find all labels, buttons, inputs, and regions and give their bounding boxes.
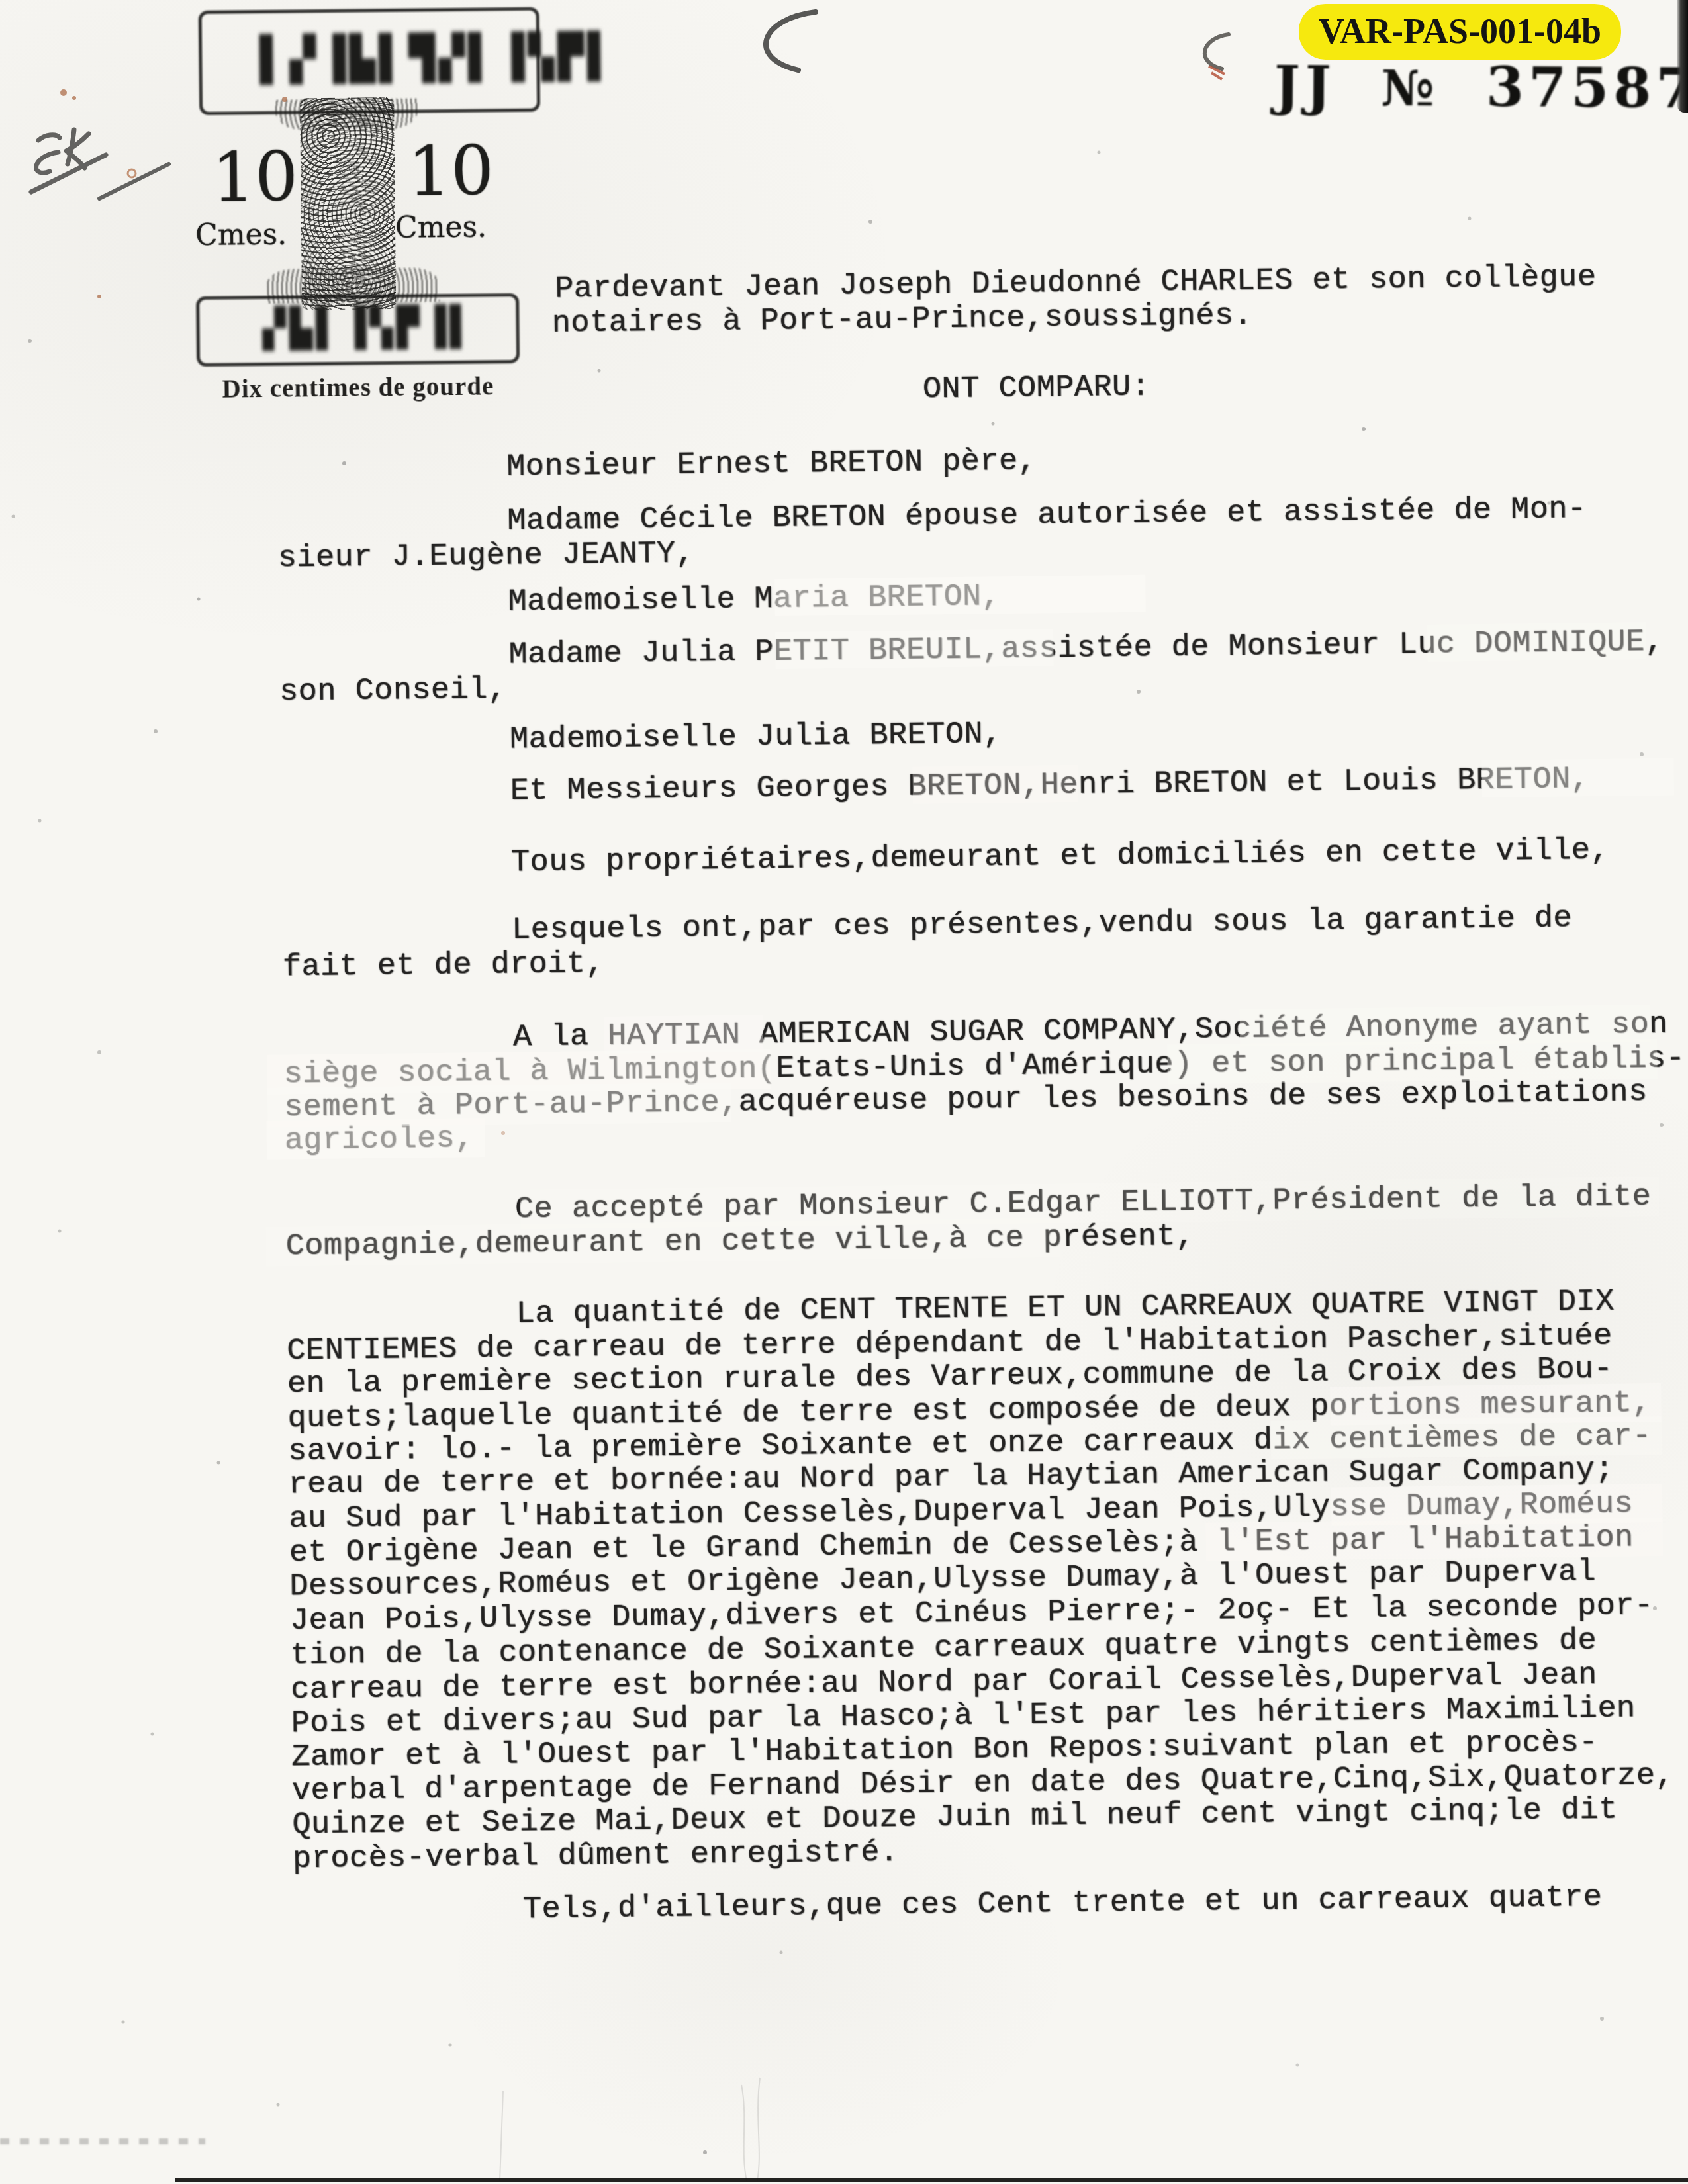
scan-streaks (500, 2078, 760, 2181)
scan-speckles (12, 151, 1664, 2155)
curve-mark (766, 12, 816, 70)
page-edge-line-bottom (175, 2178, 1688, 2182)
bottom-left-smudge (0, 2138, 205, 2144)
page-edge-shadow-right (1677, 0, 1688, 113)
scanned-notarial-document-page: VAR-PAS-001-04b JJ № 37587 ▌▞▐▙▌▜▞▌▐▚▛▌ … (0, 0, 1688, 2184)
scan-artifacts-layer (0, 0, 1688, 2184)
pencil-scribble (31, 130, 169, 199)
foxing-spots (60, 89, 505, 1135)
curve-mark-small (1205, 34, 1229, 69)
